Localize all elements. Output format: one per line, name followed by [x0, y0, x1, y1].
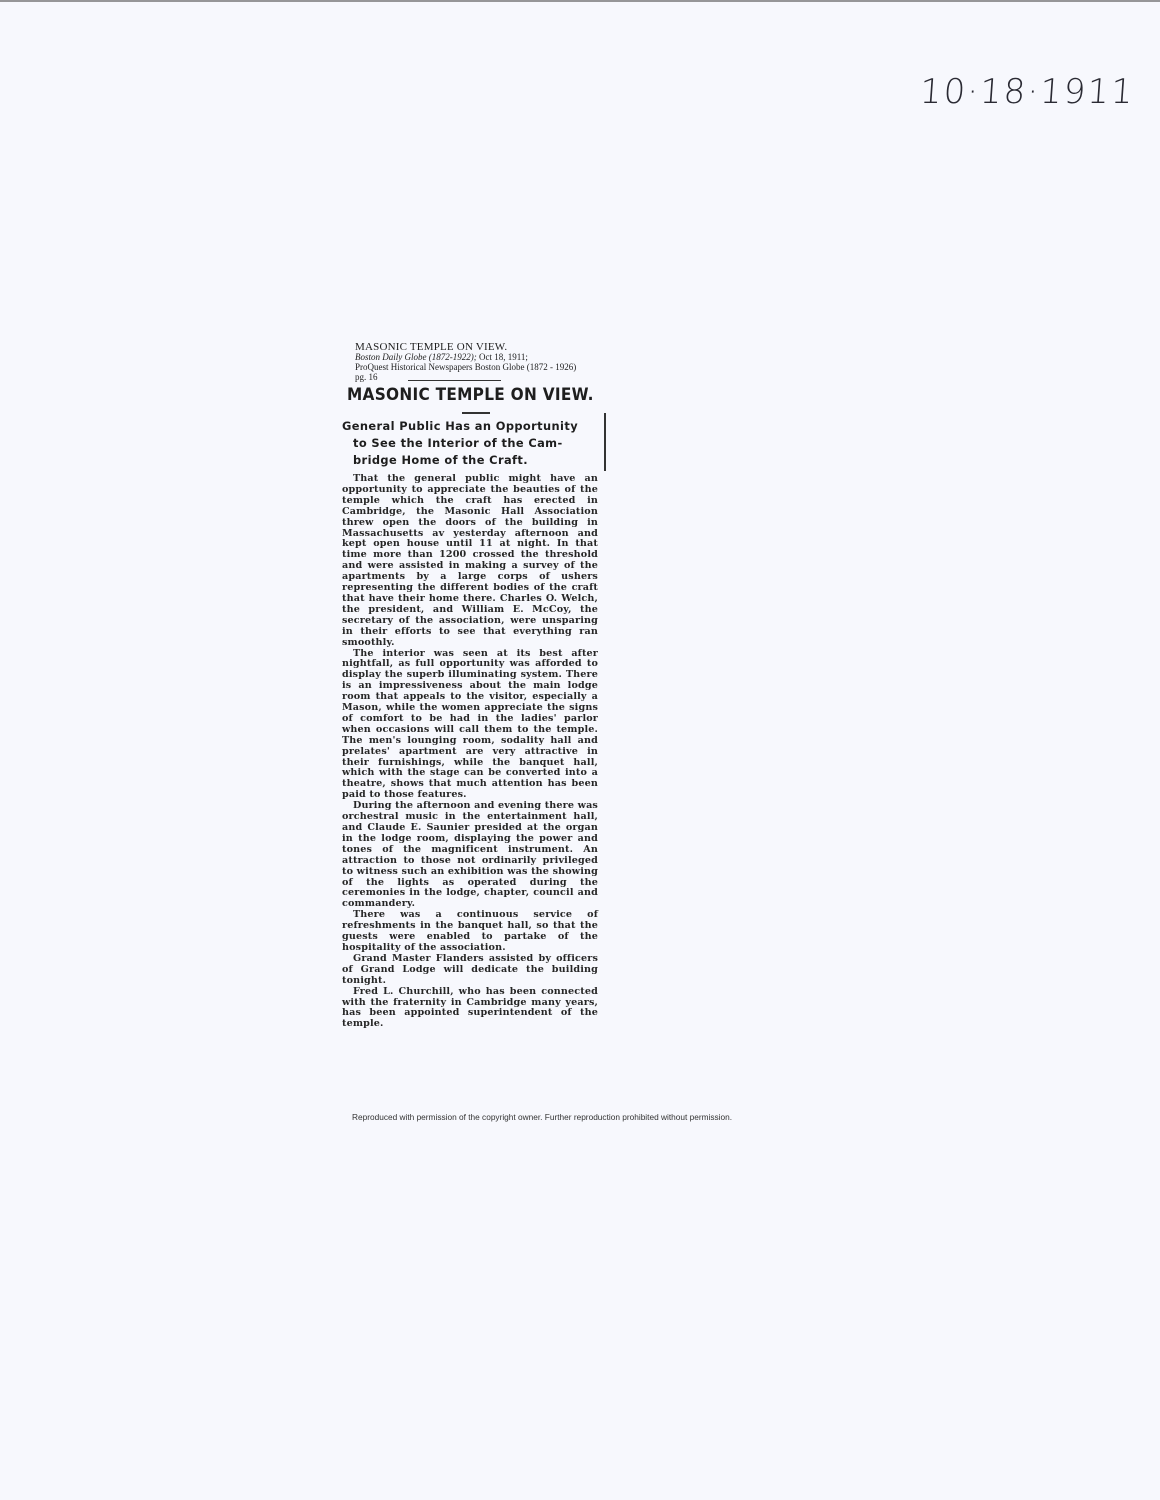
- article-paragraph: During the afternoon and evening there w…: [342, 801, 598, 910]
- article-subhead: General Public Has an Opportunity to See…: [342, 418, 602, 469]
- citation-source: Boston Daily Globe (1872-1922); Oct 18, …: [355, 352, 605, 362]
- divider-rule: [408, 380, 501, 381]
- citation-title: MASONIC TEMPLE ON VIEW.: [355, 342, 605, 352]
- handwritten-date: 10·18·1911: [919, 72, 1136, 112]
- article-paragraph: That the general public might have an op…: [342, 474, 598, 649]
- citation-block: MASONIC TEMPLE ON VIEW. Boston Daily Glo…: [355, 342, 605, 382]
- article-paragraph: There was a continuous service of refres…: [342, 910, 598, 954]
- article-body: That the general public might have an op…: [342, 474, 598, 1030]
- scan-top-edge: [0, 0, 1160, 2]
- subhead-line-3: bridge Home of the Craft.: [342, 452, 602, 469]
- subhead-line-1: General Public Has an Opportunity: [342, 418, 602, 435]
- subhead-line-2: to See the Interior of the Cam-: [342, 435, 602, 452]
- article-paragraph: The interior was seen at its best after …: [342, 649, 598, 802]
- divider-rule-short: [462, 412, 490, 414]
- article-paragraph: Fred L. Churchill, who has been connecte…: [342, 987, 598, 1031]
- citation-source-name: Boston Daily Globe (1872-1922);: [355, 352, 477, 362]
- citation-database: ProQuest Historical Newspapers Boston Gl…: [355, 362, 605, 372]
- article-paragraph: Grand Master Flanders assisted by office…: [342, 954, 598, 987]
- column-rule: [604, 413, 606, 471]
- article-headline: MASONIC TEMPLE ON VIEW.: [347, 385, 589, 404]
- copyright-notice: Reproduced with permission of the copyri…: [352, 1112, 732, 1122]
- citation-date: Oct 18, 1911;: [477, 352, 528, 362]
